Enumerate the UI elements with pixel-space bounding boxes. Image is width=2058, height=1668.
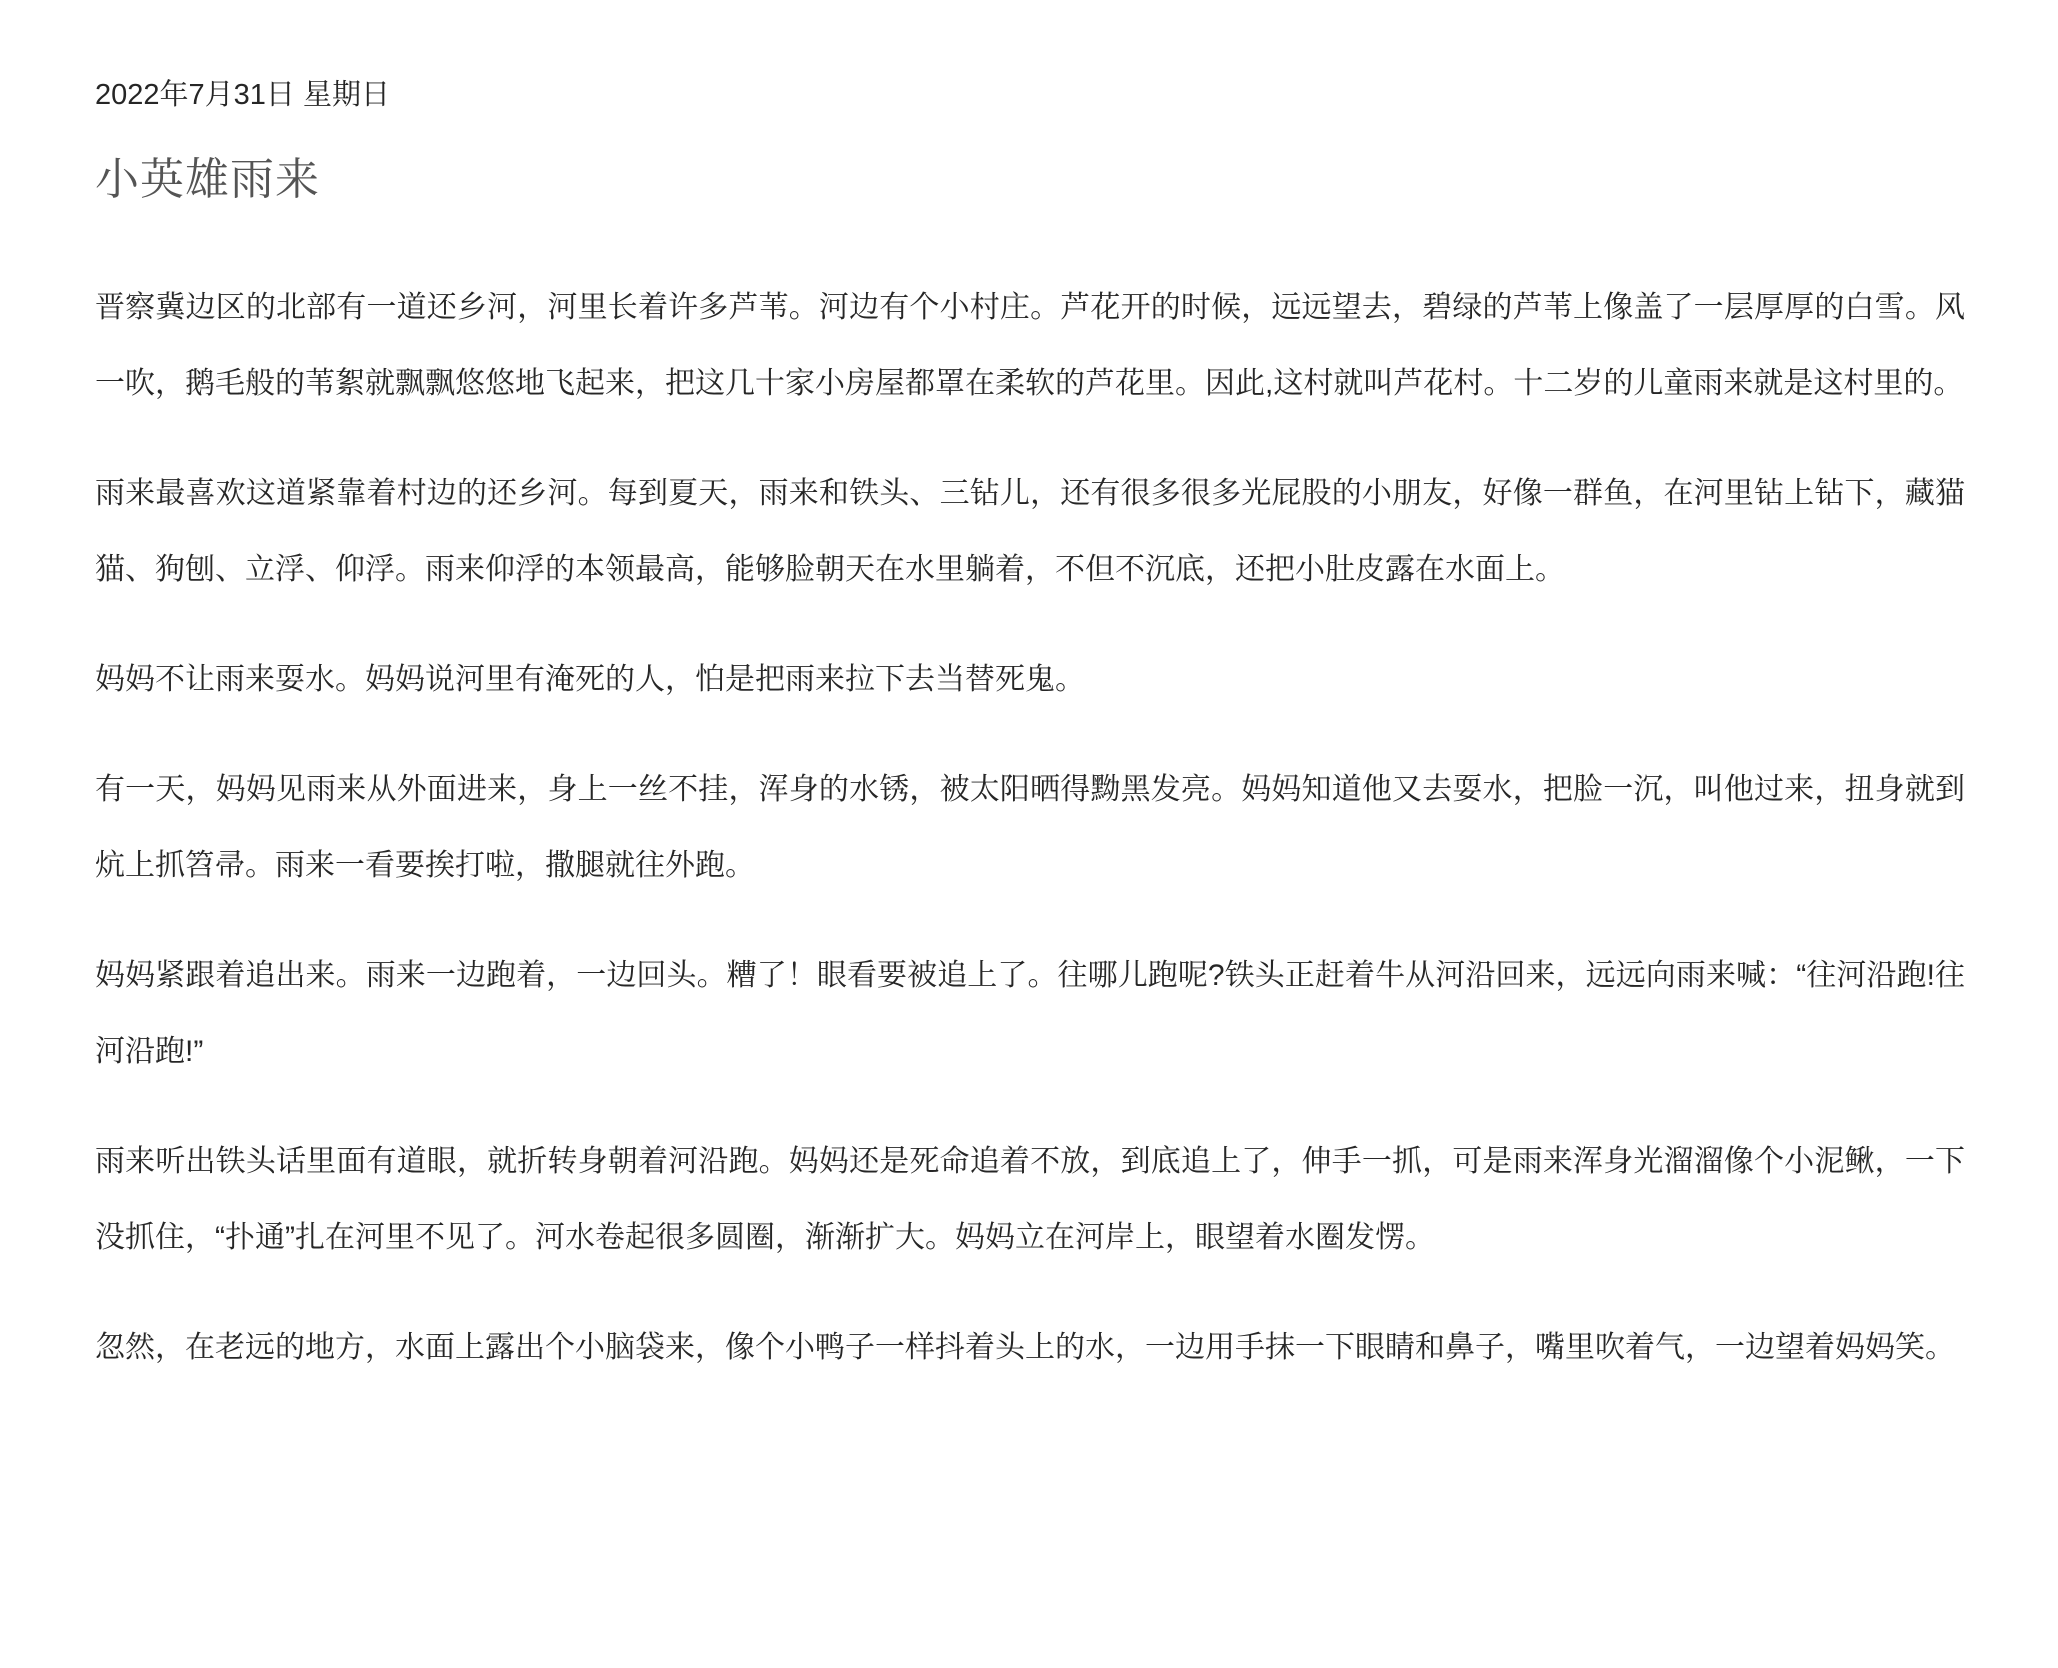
paragraph: 晋察冀边区的北部有一道还乡河，河里长着许多芦苇。河边有个小村庄。芦花开的时候，远… bbox=[95, 270, 1965, 422]
paragraph: 雨来最喜欢这道紧靠着村边的还乡河。每到夏天，雨来和铁头、三钻儿，还有很多很多光屁… bbox=[95, 456, 1965, 608]
paragraph: 妈妈紧跟着追出来。雨来一边跑着，一边回头。糟了！眼看要被追上了。往哪儿跑呢?铁头… bbox=[95, 938, 1965, 1090]
document-title: 小英雄雨来 bbox=[95, 156, 1965, 204]
paragraph: 妈妈不让雨来耍水。妈妈说河里有淹死的人，怕是把雨来拉下去当替死鬼。 bbox=[95, 642, 1965, 718]
document-page: 2022年7月31日 星期日 小英雄雨来 晋察冀边区的北部有一道还乡河，河里长着… bbox=[0, 0, 2058, 1668]
document-date: 2022年7月31日 星期日 bbox=[95, 78, 1965, 112]
document-body: 晋察冀边区的北部有一道还乡河，河里长着许多芦苇。河边有个小村庄。芦花开的时候，远… bbox=[95, 270, 1965, 1386]
paragraph: 雨来听出铁头话里面有道眼，就折转身朝着河沿跑。妈妈还是死命追着不放，到底追上了，… bbox=[95, 1124, 1965, 1276]
paragraph: 有一天，妈妈见雨来从外面进来，身上一丝不挂，浑身的水锈，被太阳晒得黝黑发亮。妈妈… bbox=[95, 752, 1965, 904]
paragraph: 忽然，在老远的地方，水面上露出个小脑袋来，像个小鸭子一样抖着头上的水，一边用手抹… bbox=[95, 1310, 1965, 1386]
